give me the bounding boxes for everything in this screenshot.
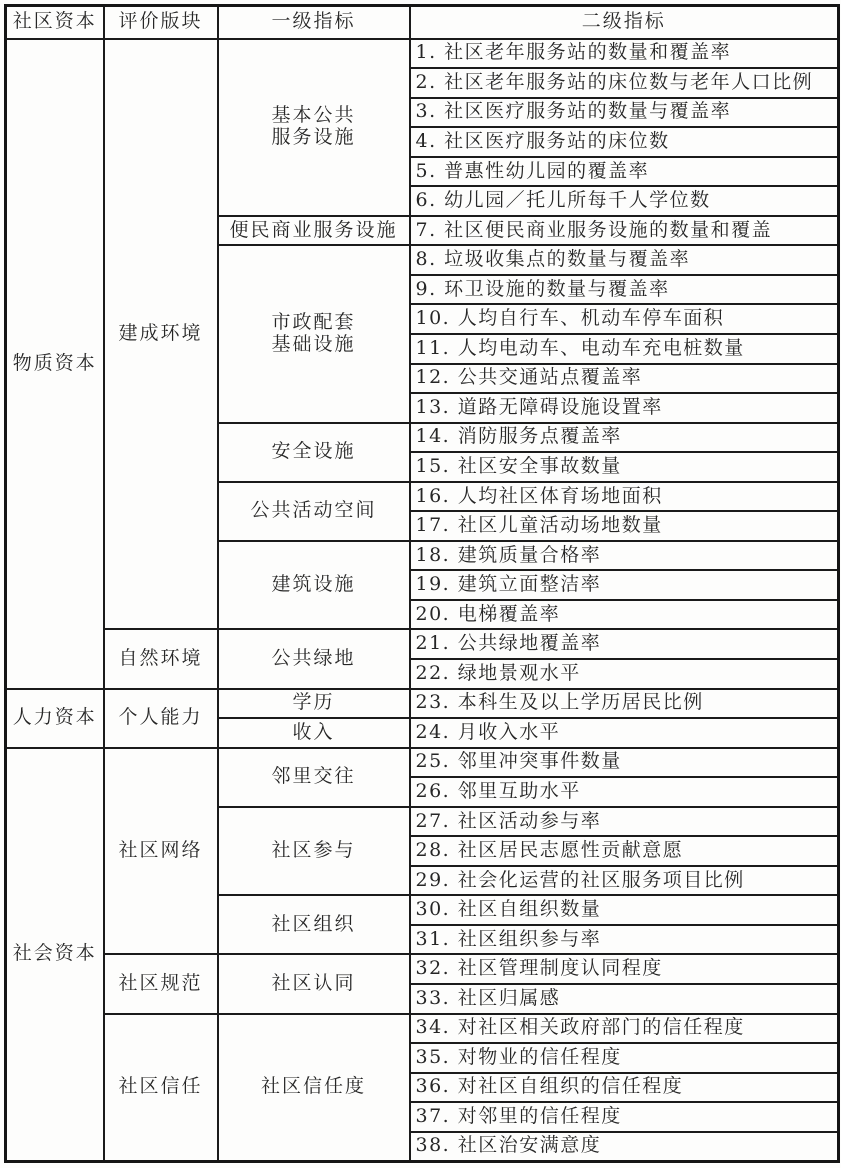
primary-cell: 市政配套 基础设施 (218, 245, 410, 422)
header-section: 评价版块 (104, 6, 218, 39)
header-row: 社区资本 评价版块 一级指标 二级指标 (6, 6, 839, 39)
indicator-cell: 8. 垃圾收集点的数量与覆盖率 (410, 245, 839, 275)
page: 社区资本 评价版块 一级指标 二级指标 物质资本建成环境基本公共 服务设施1. … (0, 0, 841, 1168)
indicator-cell: 4. 社区医疗服务站的床位数 (410, 127, 839, 157)
table-row: 社区规范社区认同32. 社区管理制度认同程度 (6, 954, 839, 984)
primary-cell: 社区参与 (218, 807, 410, 896)
indicator-cell: 18. 建筑质量合格率 (410, 541, 839, 571)
primary-cell: 社区信任度 (218, 1014, 410, 1162)
capital-cell: 物质资本 (6, 39, 104, 689)
section-cell: 建成环境 (104, 39, 218, 630)
primary-cell: 邻里交往 (218, 748, 410, 807)
table-row: 人力资本个人能力学历23. 本科生及以上学历居民比例 (6, 689, 839, 719)
indicator-cell: 27. 社区活动参与率 (410, 807, 839, 837)
primary-cell: 公共绿地 (218, 629, 410, 688)
indicator-cell: 1. 社区老年服务站的数量和覆盖率 (410, 39, 839, 69)
indicator-cell: 31. 社区组织参与率 (410, 925, 839, 955)
section-cell: 自然环境 (104, 629, 218, 688)
indicator-cell: 15. 社区安全事故数量 (410, 452, 839, 482)
primary-cell: 收入 (218, 718, 410, 748)
header-secondary: 二级指标 (410, 6, 839, 39)
indicator-cell: 5. 普惠性幼儿园的覆盖率 (410, 157, 839, 187)
indicator-cell: 34. 对社区相关政府部门的信任程度 (410, 1014, 839, 1044)
capital-cell: 人力资本 (6, 689, 104, 748)
indicator-cell: 32. 社区管理制度认同程度 (410, 954, 839, 984)
section-cell: 个人能力 (104, 689, 218, 748)
indicator-cell: 28. 社区居民志愿性贡献意愿 (410, 836, 839, 866)
indicator-cell: 23. 本科生及以上学历居民比例 (410, 689, 839, 719)
indicator-cell: 24. 月收入水平 (410, 718, 839, 748)
section-cell: 社区信任 (104, 1014, 218, 1162)
capital-cell: 社会资本 (6, 748, 104, 1162)
indicator-cell: 6. 幼儿园／托儿所每千人学位数 (410, 186, 839, 216)
header-capital: 社区资本 (6, 6, 104, 39)
primary-cell: 社区认同 (218, 954, 410, 1013)
indicator-cell: 14. 消防服务点覆盖率 (410, 423, 839, 453)
indicator-cell: 12. 公共交通站点覆盖率 (410, 364, 839, 394)
indicator-cell: 22. 绿地景观水平 (410, 659, 839, 689)
indicator-cell: 11. 人均电动车、电动车充电桩数量 (410, 334, 839, 364)
indicator-cell: 30. 社区自组织数量 (410, 895, 839, 925)
indicator-table-body: 物质资本建成环境基本公共 服务设施1. 社区老年服务站的数量和覆盖率2. 社区老… (6, 39, 839, 1162)
indicator-cell: 29. 社会化运营的社区服务项目比例 (410, 866, 839, 896)
primary-cell: 公共活动空间 (218, 482, 410, 541)
indicator-cell: 10. 人均自行车、机动车停车面积 (410, 304, 839, 334)
header-primary: 一级指标 (218, 6, 410, 39)
indicator-cell: 17. 社区儿童活动场地数量 (410, 511, 839, 541)
section-cell: 社区规范 (104, 954, 218, 1013)
indicator-table: 社区资本 评价版块 一级指标 二级指标 物质资本建成环境基本公共 服务设施1. … (4, 4, 840, 1163)
primary-cell: 安全设施 (218, 423, 410, 482)
indicator-cell: 16. 人均社区体育场地面积 (410, 482, 839, 512)
table-row: 自然环境公共绿地21. 公共绿地覆盖率 (6, 629, 839, 659)
indicator-cell: 38. 社区治安满意度 (410, 1132, 839, 1162)
indicator-cell: 20. 电梯覆盖率 (410, 600, 839, 630)
indicator-cell: 37. 对邻里的信任程度 (410, 1102, 839, 1132)
indicator-cell: 9. 环卫设施的数量与覆盖率 (410, 275, 839, 305)
primary-cell: 基本公共 服务设施 (218, 39, 410, 216)
indicator-cell: 19. 建筑立面整洁率 (410, 570, 839, 600)
table-row: 物质资本建成环境基本公共 服务设施1. 社区老年服务站的数量和覆盖率 (6, 39, 839, 69)
primary-cell: 建筑设施 (218, 541, 410, 630)
indicator-cell: 35. 对物业的信任程度 (410, 1043, 839, 1073)
indicator-cell: 2. 社区老年服务站的床位数与老年人口比例 (410, 68, 839, 98)
primary-cell: 社区组织 (218, 895, 410, 954)
indicator-cell: 33. 社区归属感 (410, 984, 839, 1014)
indicator-cell: 25. 邻里冲突事件数量 (410, 748, 839, 778)
indicator-cell: 36. 对社区自组织的信任程度 (410, 1073, 839, 1103)
primary-cell: 便民商业服务设施 (218, 216, 410, 246)
table-row: 社会资本社区网络邻里交往25. 邻里冲突事件数量 (6, 748, 839, 778)
table-row: 社区信任社区信任度34. 对社区相关政府部门的信任程度 (6, 1014, 839, 1044)
indicator-cell: 3. 社区医疗服务站的数量与覆盖率 (410, 98, 839, 128)
indicator-cell: 21. 公共绿地覆盖率 (410, 629, 839, 659)
indicator-cell: 13. 道路无障碍设施设置率 (410, 393, 839, 423)
indicator-cell: 26. 邻里互助水平 (410, 777, 839, 807)
indicator-cell: 7. 社区便民商业服务设施的数量和覆盖 (410, 216, 839, 246)
section-cell: 社区网络 (104, 748, 218, 955)
primary-cell: 学历 (218, 689, 410, 719)
